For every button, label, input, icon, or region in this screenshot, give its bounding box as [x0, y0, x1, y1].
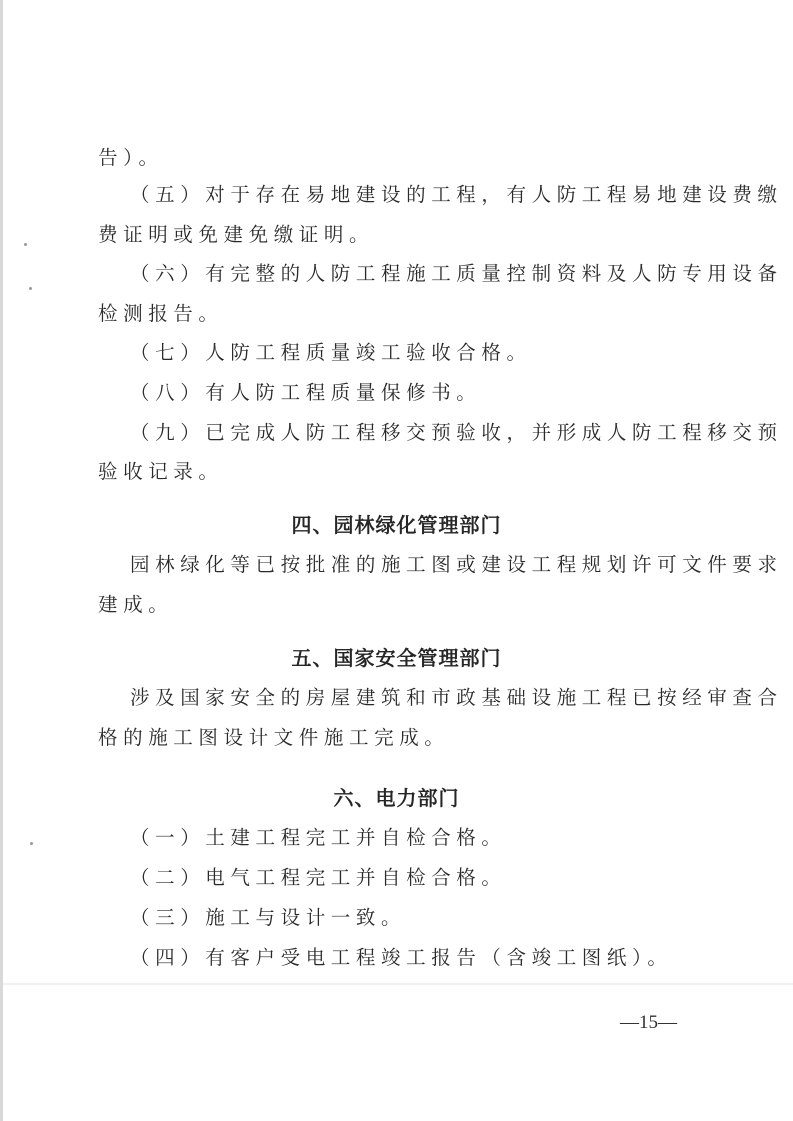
scan-speck [29, 287, 32, 290]
section-heading: 四、园林绿化管理部门 [0, 513, 793, 537]
paragraph-line: 费证明或免建免缴证明。 [98, 223, 374, 247]
page-number: —15— [620, 1012, 677, 1034]
paragraph-line: （八）有人防工程质量保修书。 [130, 381, 481, 405]
section-paragraph-line: （四）有客户受电工程竣工报告（含竣工图纸）。 [130, 946, 672, 970]
paragraph-line: 告）。 [98, 146, 164, 170]
section-paragraph-line: （三）施工与设计一致。 [130, 906, 406, 930]
section-paragraph-line: （二）电气工程完工并自检合格。 [130, 866, 507, 890]
paragraph-line: 检测报告。 [98, 302, 224, 326]
section-paragraph-line: 园林绿化等已按批准的施工图或建设工程规划许可文件要求 [130, 553, 783, 577]
paragraph-line: 验收记录。 [98, 460, 224, 484]
section-paragraph-line: 格的施工图设计文件施工完成。 [98, 726, 449, 750]
scan-artifact-line [3, 983, 793, 985]
scan-speck [24, 243, 27, 246]
paragraph-line: （七）人防工程质量竣工验收合格。 [130, 341, 532, 365]
section-heading: 五、国家安全管理部门 [0, 646, 793, 670]
section-paragraph-line: 建成。 [98, 593, 173, 617]
section-paragraph-line: （一）土建工程完工并自检合格。 [130, 826, 507, 850]
section-heading: 六、电力部门 [0, 786, 793, 810]
paragraph-line: （九）已完成人防工程移交预验收，并形成人防工程移交预 [130, 421, 783, 445]
scan-left-edge [0, 0, 3, 1121]
section-paragraph-line: 涉及国家安全的房屋建筑和市政基础设施工程已按经审查合 [130, 686, 783, 710]
paragraph-line: （五）对于存在易地建设的工程，有人防工程易地建设费缴 [130, 183, 783, 207]
scan-speck [30, 842, 33, 845]
paragraph-line: （六）有完整的人防工程施工质量控制资料及人防专用设备 [130, 262, 783, 286]
